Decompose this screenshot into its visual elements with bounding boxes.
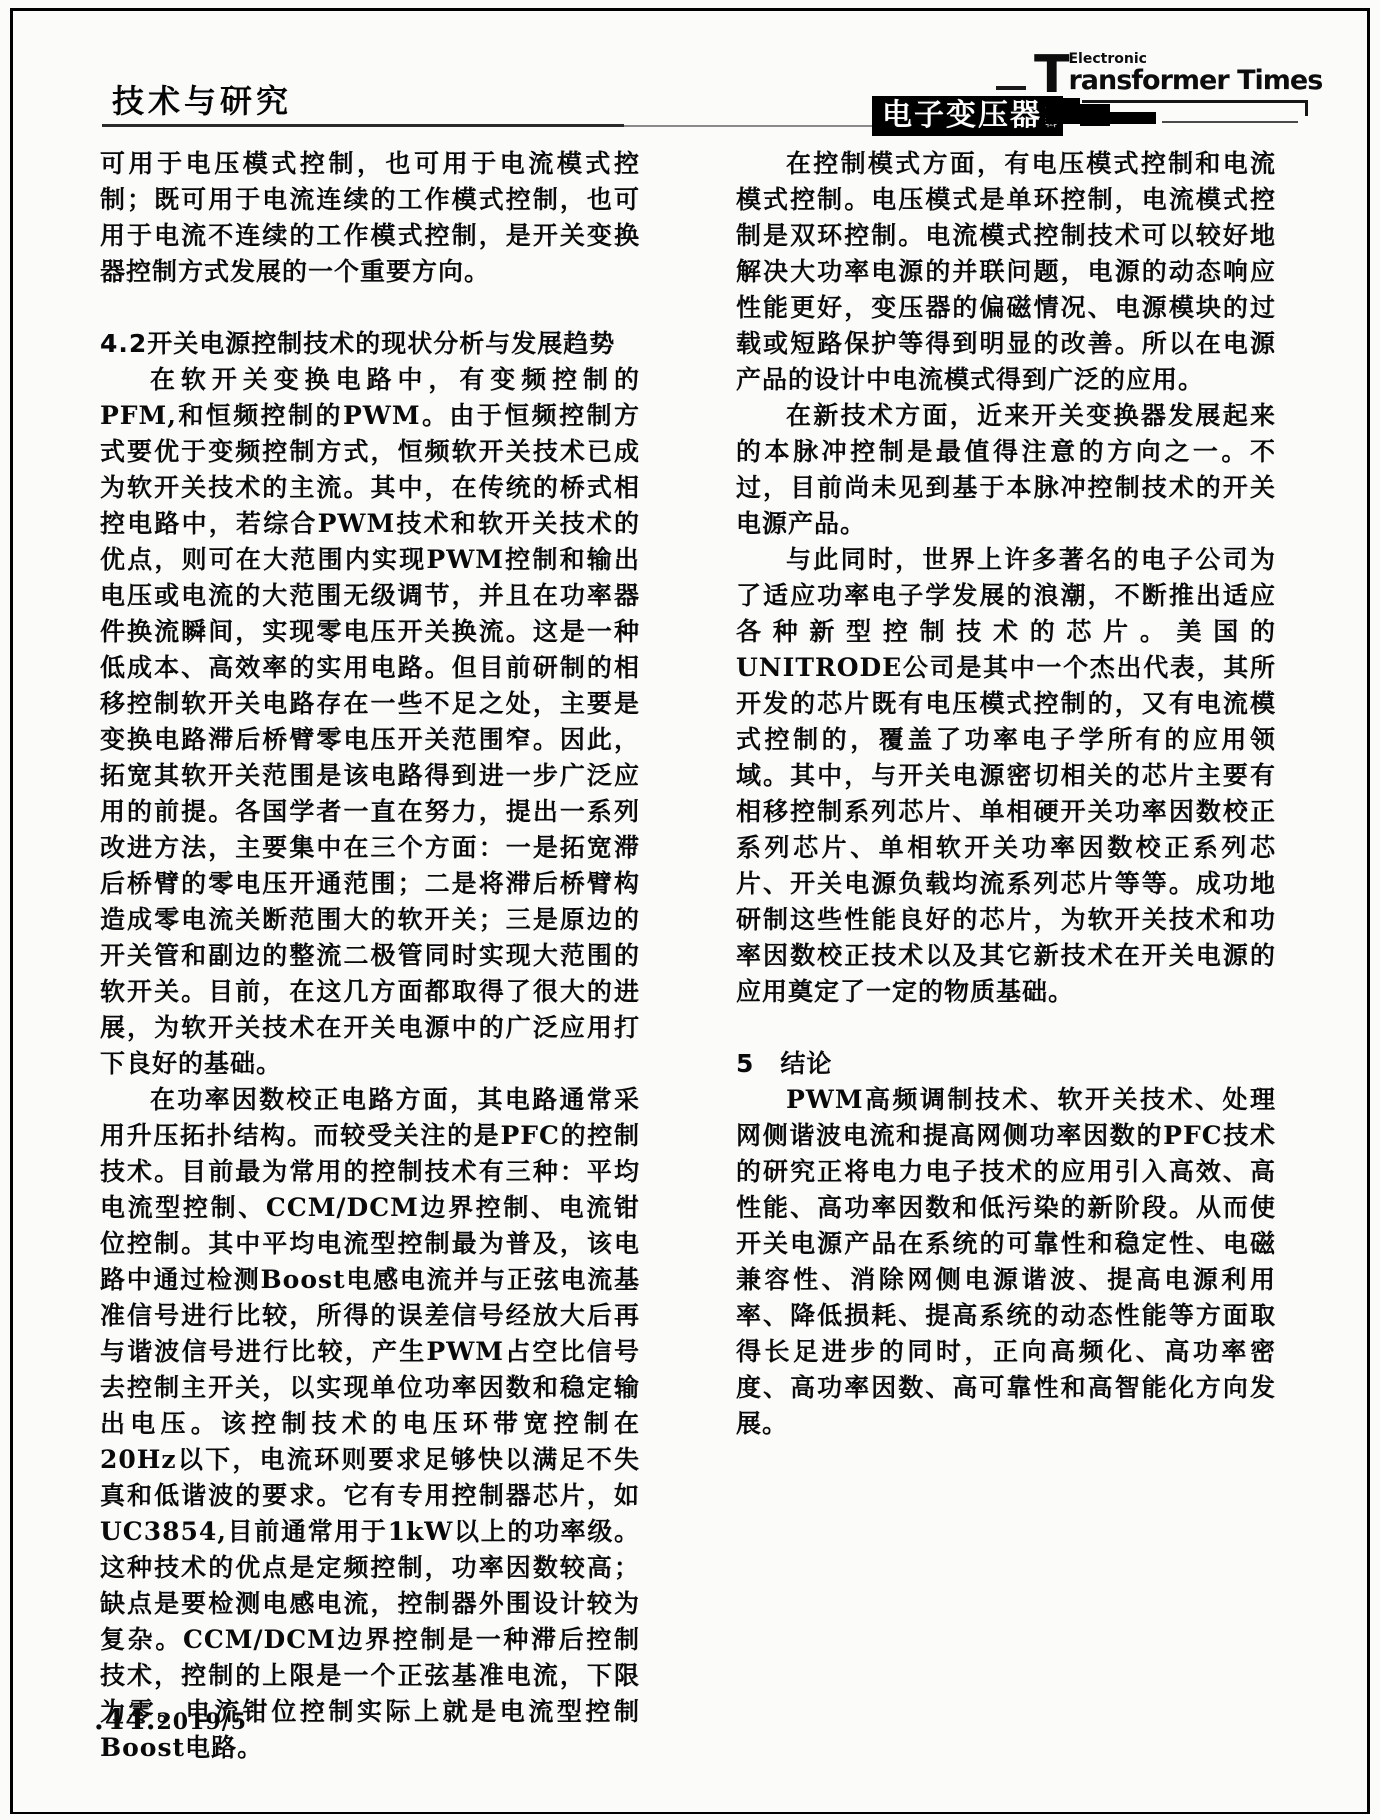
- logo-underline: [1082, 100, 1308, 103]
- paragraph: 可用于电压模式控制，也可用于电流模式控制；既可用于电流连续的工作模式控制，也可用…: [100, 146, 640, 290]
- section-heading-5: 5 结论: [736, 1046, 1276, 1082]
- column-left: 可用于电压模式控制，也可用于电流模式控制；既可用于电流连续的工作模式控制，也可用…: [100, 146, 640, 1766]
- paragraph: PWM高频调制技术、软开关技术、处理网侧谐波电流和提高网侧功率因数的PFC技术的…: [736, 1082, 1276, 1442]
- logo-step-decoration: [1046, 98, 1080, 124]
- journal-page: 技术与研究 T Electronic ransformer Times 电子变压…: [0, 0, 1380, 1820]
- header-rule-left: [102, 124, 624, 127]
- section-title: 技术与研究: [112, 76, 292, 122]
- paragraph: 在控制模式方面，有电压模式控制和电流模式控制。电压模式是单环控制，电流模式控制是…: [736, 146, 1276, 398]
- logo-electronic-label: Electronic: [1068, 52, 1322, 66]
- footer: .44. 2019/5: [94, 1703, 247, 1736]
- paragraph: 在新技术方面，近来开关变换器发展起来的本脉冲控制是最值得注意的方向之一。不过，目…: [736, 398, 1276, 542]
- logo-transformer-times-label: ransformer Times: [1068, 66, 1322, 96]
- cn-logo-text: 电子变压器: [882, 96, 1042, 136]
- paragraph: 在软开关变换电路中，有变频控制的PFM,和恒频控制的PWM。由于恒频控制方式要优…: [100, 362, 640, 1082]
- dash-decoration: [996, 86, 1026, 90]
- column-right: 在控制模式方面，有电压模式控制和电流模式控制。电压模式是单环控制，电流模式控制是…: [736, 146, 1276, 1766]
- paragraph: 在功率因数校正电路方面，其电路通常采用升压拓扑结构。而较受关注的是PFC的控制技…: [100, 1082, 640, 1766]
- journal-logo-cn: 电子变压器 专 辑: [872, 96, 1063, 136]
- issue-label: 2019/5: [156, 1709, 247, 1735]
- header-rule-middle: [624, 125, 872, 127]
- article-body: 可用于电压模式控制，也可用于电流模式控制；既可用于电流连续的工作模式控制，也可用…: [100, 146, 1276, 1766]
- logo-underline-tick: [1305, 100, 1308, 116]
- paragraph: 与此同时，世界上许多著名的电子公司为了适应功率电子学发展的浪潮，不断推出适应各种…: [736, 542, 1276, 1010]
- logo-step-decoration: [1110, 112, 1156, 124]
- page-number: .44.: [94, 1703, 156, 1736]
- section-heading-4-2: 4.2开关电源控制技术的现状分析与发展趋势: [100, 326, 640, 362]
- journal-logo-en: T Electronic ransformer Times: [996, 52, 1322, 98]
- logo-big-t: T: [1034, 52, 1067, 98]
- header-rule-right: [1162, 121, 1298, 123]
- logo-step-decoration: [1080, 104, 1110, 126]
